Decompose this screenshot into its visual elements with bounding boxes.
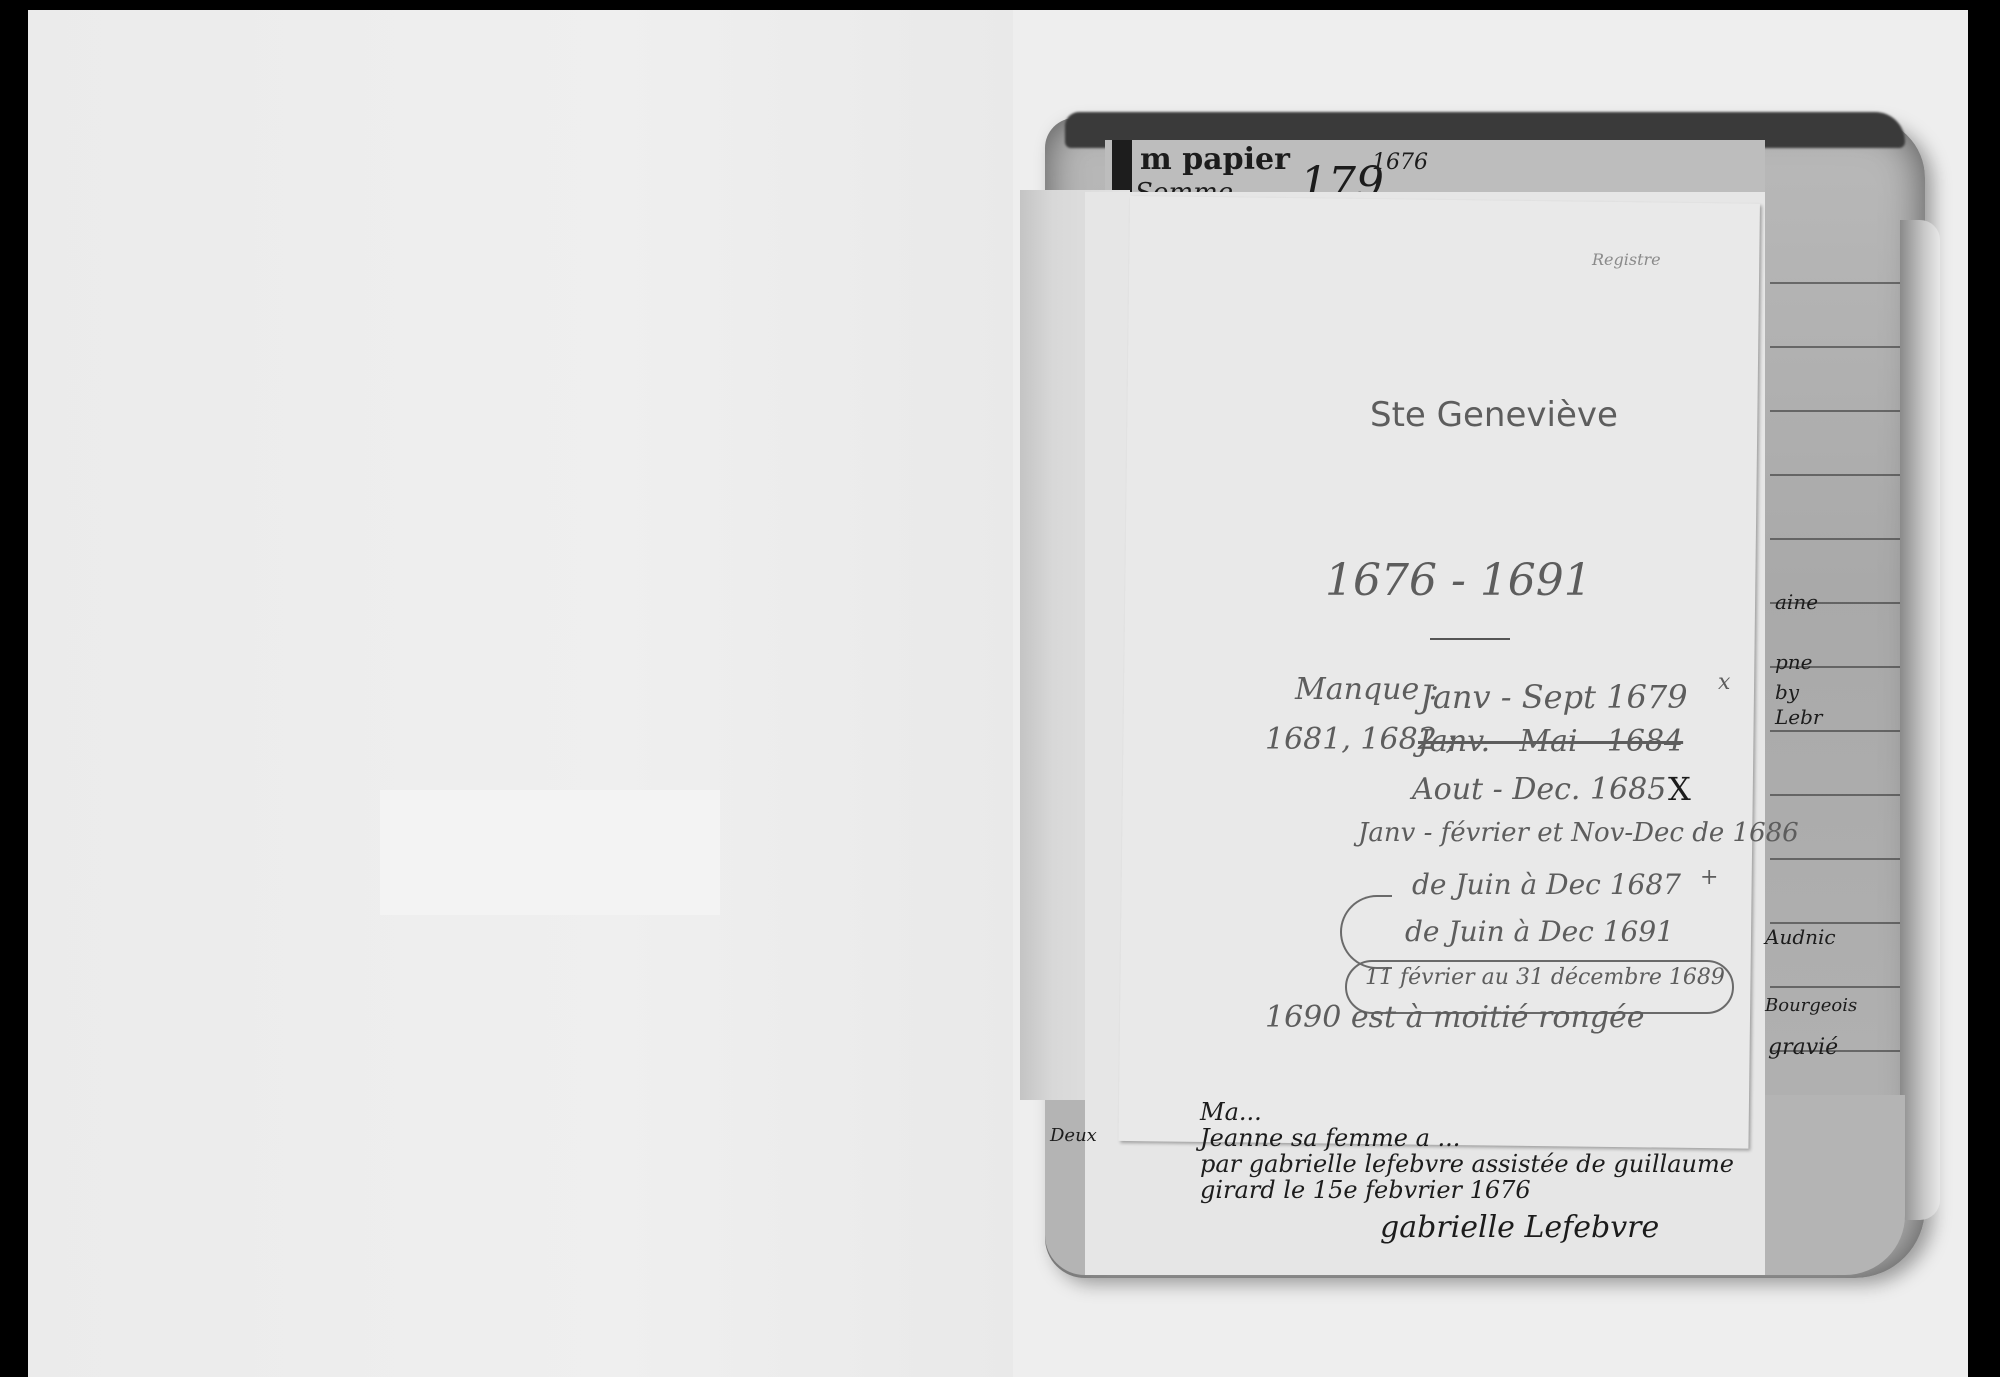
- mark-4: X: [1668, 770, 1691, 808]
- register-bottom-line-4: girard le 15e febvrier 1676: [1200, 1176, 1531, 1204]
- register-bottom-line-1: Ma...: [1200, 1098, 1262, 1126]
- mark-6: +: [1700, 865, 1718, 890]
- parish-name: Ste Geneviève: [1370, 395, 1618, 435]
- missing-heading: Manque :: [1295, 672, 1439, 707]
- mark-1: x: [1718, 670, 1730, 695]
- register-right-edge: [1900, 220, 1940, 1220]
- register-bottom-line-3: par gabrielle lefebvre assistée de guill…: [1200, 1150, 1734, 1178]
- side-fragment-2: aine: [1775, 590, 1818, 614]
- missing-line-7: de Juin à Dec 1691: [1405, 915, 1674, 948]
- side-fragment-8: gravié: [1768, 1035, 1838, 1060]
- missing-line-3: Janv. - Mai - 1684: [1418, 724, 1683, 759]
- divider-line: [1430, 638, 1510, 640]
- side-fragment-7: Bourgeois: [1765, 995, 1857, 1016]
- circled-note: 11 février au 31 décembre 1689: [1365, 965, 1725, 990]
- left-blank-page: [28, 10, 1013, 1377]
- date-range: 1676 - 1691: [1325, 555, 1592, 606]
- side-fragment-4: by: [1775, 680, 1799, 704]
- side-fragment-1: Deux: [1050, 1125, 1097, 1146]
- register-signature: gabrielle Lefebvre: [1380, 1210, 1659, 1245]
- register-bottom-line-2: Jeanne sa femme a ...: [1200, 1124, 1460, 1152]
- register-year: 1676: [1372, 150, 1428, 175]
- left-page-light-patch: [380, 790, 720, 915]
- missing-line-4: Aout - Dec. 1685: [1412, 772, 1666, 807]
- missing-line-5: Janv - février et Nov-Dec de 1686: [1358, 818, 1799, 848]
- missing-line-1: Janv - Sept 1679: [1420, 678, 1688, 716]
- side-fragment-5: Lebr: [1775, 705, 1822, 729]
- missing-line-6: de Juin à Dec 1687: [1412, 868, 1681, 901]
- side-fragment-3: pne: [1775, 650, 1813, 674]
- registre-stamp: Registre: [1592, 250, 1661, 269]
- footer-note: 1690 est à moitié rongée: [1265, 1000, 1645, 1035]
- register-printed-label: m papier: [1140, 142, 1290, 177]
- side-fragment-6: Audnic: [1765, 925, 1836, 949]
